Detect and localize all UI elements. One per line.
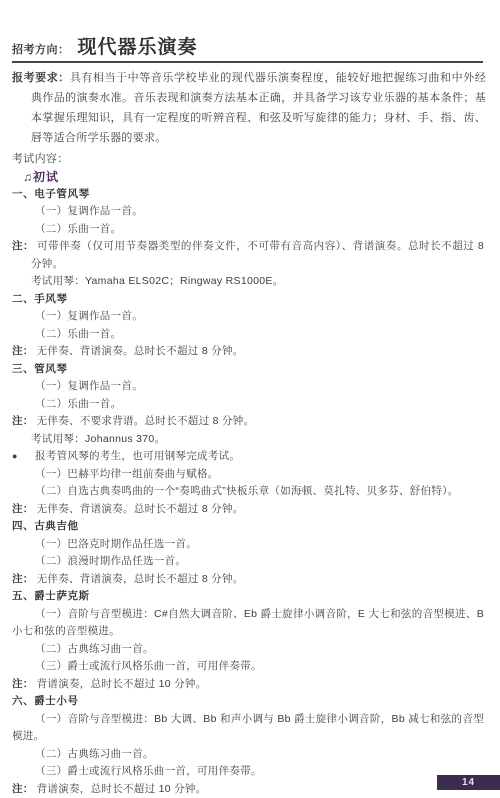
- note-line: 注：无伴奏、背谱演奏。总时长不超过 8 分钟。: [12, 501, 484, 519]
- note-text: 可带伴奏（仅可用节奏器类型的伴奏文件，不可带有音高内容）、背谱演奏。总时长不超过…: [31, 240, 484, 270]
- list-item: （三）爵士或流行风格乐曲一首，可用伴奏带。: [12, 763, 484, 781]
- note-label: 注：: [12, 783, 34, 795]
- note-label: 注：: [12, 240, 34, 252]
- list-item: （二）乐曲一首。: [12, 221, 484, 239]
- list-item: （一）复调作品一首。: [12, 378, 484, 396]
- application-requirements: 报考要求：具有相当于中等音乐学校毕业的现代器乐演奏程度，能较好地把握练习曲和中外…: [12, 68, 486, 148]
- round-label: 初试: [33, 170, 59, 184]
- note-label: 注：: [12, 678, 34, 690]
- list-item: （二）古典练习曲一首。: [12, 746, 484, 764]
- note-line: 注：可带伴奏（仅可用节奏器类型的伴奏文件，不可带有音高内容）、背谱演奏。总时长不…: [12, 238, 484, 273]
- note-line: 注：无伴奏、背谱演奏。总时长不超过 8 分钟。: [12, 343, 484, 361]
- section-heading: 二、手风琴: [12, 291, 484, 309]
- note-label: 注：: [12, 415, 34, 427]
- bullet-icon: ●: [12, 448, 18, 466]
- page-title: 现代器乐演奏: [78, 38, 198, 59]
- page-number-badge: 14: [437, 775, 500, 790]
- section-heading: 四、古典吉他: [12, 518, 484, 536]
- requirements-text: 具有相当于中等音乐学校毕业的现代器乐演奏程度，能较好地把握练习曲和中外经典作品的…: [31, 72, 486, 144]
- note-text: 无伴奏、背谱演奏。总时长不超过 8 分钟。: [37, 345, 244, 357]
- content-blocks: 一、电子管风琴（一）复调作品一首。（二）乐曲一首。注：可带伴奏（仅可用节奏器类型…: [12, 186, 484, 798]
- section-heading: 五、爵士萨克斯: [12, 588, 484, 606]
- list-item: （一）音阶与音型模进：Bb 大调、Bb 和声小调与 Bb 爵士旋律小调音阶，Bb…: [12, 711, 484, 746]
- exam-content-label: 考试内容：: [12, 150, 500, 168]
- section-heading: 一、电子管风琴: [12, 186, 484, 204]
- music-note-icon: ♫: [23, 170, 32, 184]
- note-line: 注：无伴奏、背谱演奏，总时长不超过 8 分钟。: [12, 571, 484, 589]
- note-label: 注：: [12, 345, 34, 357]
- requirements-label: 报考要求：: [12, 72, 70, 84]
- note-label: 注：: [12, 573, 34, 585]
- list-item: （二）自选古典奏鸣曲的一个“奏鸣曲式”快板乐章（如海顿、莫扎特、贝多芬、舒伯特）…: [12, 483, 484, 501]
- section-heading: 六、爵士小号: [12, 693, 484, 711]
- list-item: （二）古典练习曲一首。: [12, 641, 484, 659]
- document-page: 招考方向： 现代器乐演奏 报考要求：具有相当于中等音乐学校毕业的现代器乐演奏程度…: [0, 0, 500, 798]
- section-heading: 三、管风琴: [12, 361, 484, 379]
- list-item: （一）复调作品一首。: [12, 203, 484, 221]
- page-header: 招考方向： 现代器乐演奏: [12, 38, 483, 63]
- note-text: 背谱演奏，总时长不超过 10 分钟。: [37, 783, 207, 795]
- direction-label: 招考方向：: [12, 41, 70, 59]
- list-item: （一）巴赫平均律一组前奏曲与赋格。: [12, 466, 484, 484]
- note-label: 注：: [12, 503, 34, 515]
- note-text: 无伴奏、不要求背谱。总时长不超过 8 分钟。: [37, 415, 255, 427]
- note-text: 无伴奏、背谱演奏。总时长不超过 8 分钟。: [37, 503, 244, 515]
- note-text: 无伴奏、背谱演奏，总时长不超过 8 分钟。: [37, 573, 244, 585]
- note-text: 背谱演奏，总时长不超过 10 分钟。: [37, 678, 207, 690]
- list-item: （二）浪漫时期作品任选一首。: [12, 553, 484, 571]
- round-heading: ♫初试: [23, 168, 500, 186]
- list-item: （三）爵士或流行风格乐曲一首，可用伴奏带。: [12, 658, 484, 676]
- bullet-text: 报考管风琴的考生，也可用钢琴完成考试。: [35, 450, 240, 462]
- list-item: （一）音阶与音型模进：C#自然大调音阶、Eb 爵士旋律小调音阶，E 大七和弦的音…: [12, 606, 484, 641]
- note-continuation: 考试用琴：Yamaha ELS02C；Ringway RS1000E。: [12, 273, 484, 291]
- note-line: 注：无伴奏、不要求背谱。总时长不超过 8 分钟。: [12, 413, 484, 431]
- note-line: 注：背谱演奏，总时长不超过 10 分钟。: [12, 781, 484, 798]
- note-line: 注：背谱演奏，总时长不超过 10 分钟。: [12, 676, 484, 694]
- list-item: （一）复调作品一首。: [12, 308, 484, 326]
- page-number: 14: [462, 777, 475, 788]
- list-item: （一）巴洛克时期作品任选一首。: [12, 536, 484, 554]
- bullet-line: ●报考管风琴的考生，也可用钢琴完成考试。: [12, 448, 484, 466]
- list-item: （二）乐曲一首。: [12, 326, 484, 344]
- note-continuation: 考试用琴：Johannus 370。: [12, 431, 484, 449]
- list-item: （二）乐曲一首。: [12, 396, 484, 414]
